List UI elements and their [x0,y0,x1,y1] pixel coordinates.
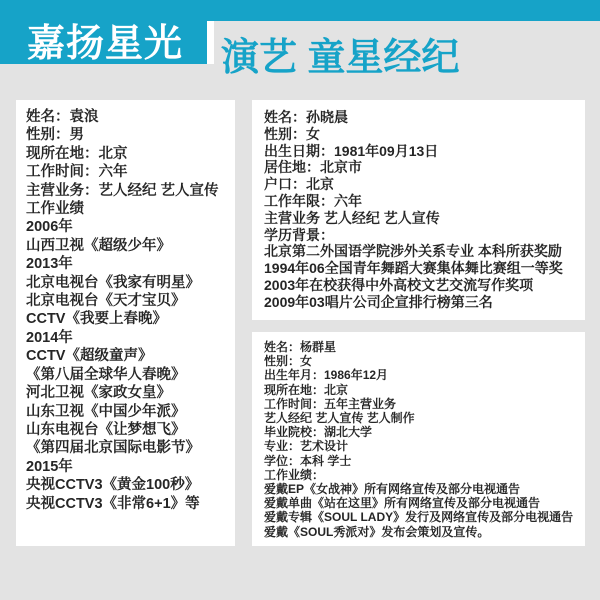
profile-line: 毕业院校：湖北大学 [264,425,573,439]
profile-line: 姓名：杨群星 [264,340,573,354]
brand-title: 嘉扬星光 [27,12,183,67]
profile-line: 1994年06全国青年舞蹈大赛集体舞比赛组一等奖 [264,260,573,277]
profile-line: 居住地：北京市 [264,159,573,176]
profile-line: 2014年 [26,329,225,347]
profile-line: 工作业绩： [264,468,573,482]
profile-line: 专业：艺术设计 [264,439,573,453]
profile-line: 爱戴《SOUL秀派对》发布会策划及宣传。 [264,525,573,539]
profile-line: 爱戴专辑《SOUL LADY》发行及网络宣传及部分电视通告 [264,510,573,524]
profile-card-yangqunxing: 姓名：杨群星性别：女出生年月：1986年12月现所在地：北京工作时间：五年主营业… [252,332,585,546]
profile-line: 艺人经纪 艺人宣传 艺人制作 [264,411,573,425]
profile-line: 学位：本科 学士 [264,454,573,468]
profile-line: 性别：男 [26,126,225,144]
profile-line: 户口：北京 [264,176,573,193]
profile-line: 工作年限：六年 [264,193,573,210]
profile-line: 现所在地：北京 [26,145,225,163]
profile-line: 主营业务：艺人经纪 艺人宣传 [26,182,225,200]
profile-line: 学历背景： [264,227,573,244]
profile-line: 《第八届全球华人春晚》 [26,366,225,384]
profile-card-sunxiaochen: 姓名：孙晓晨性别：女出生日期：1981年09月13日居住地：北京市户口：北京工作… [252,100,585,320]
profile-line: 现所在地：北京 [264,383,573,397]
profile-line: 河北卫视《家政女皇》 [26,384,225,402]
profile-line: 爱戴EP《女战神》所有网络宣传及部分电视通告 [264,482,573,496]
profile-line: 主营业务 艺人经纪 艺人宣传 [264,210,573,227]
profile-line: 北京电视台《天才宝贝》 [26,292,225,310]
profile-line: 姓名：袁浪 [26,108,225,126]
profile-line: 出生日期：1981年09月13日 [264,143,573,160]
profile-line: 北京第二外国语学院涉外关系专业 本科所获奖励 [264,243,573,260]
profile-card-yuanlang: 姓名：袁浪性别：男现所在地：北京工作时间：六年主营业务：艺人经纪 艺人宣传工作业… [16,100,235,546]
profile-line: 工作业绩 [26,200,225,218]
profile-line: CCTV《我要上春晚》 [26,310,225,328]
profile-line: 《第四届北京国际电影节》 [26,439,225,457]
profile-line: 工作时间：六年 [26,163,225,181]
profile-line: 山东电视台《让梦想飞》 [26,421,225,439]
profile-line: 北京电视台《我家有明星》 [26,274,225,292]
profile-line: 2009年03唱片公司企宣排行榜第三名 [264,294,573,311]
brand-divider [207,21,214,64]
profile-line: CCTV《超级童声》 [26,347,225,365]
profile-line: 2015年 [26,458,225,476]
profile-line: 山西卫视《超级少年》 [26,237,225,255]
profile-line: 工作时间：五年主营业务 [264,397,573,411]
profile-line: 2003年在校获得中外高校文艺交流写作奖项 [264,277,573,294]
profile-line: 央视CCTV3《黄金100秒》 [26,476,225,494]
profile-line: 2006年 [26,218,225,236]
profile-line: 性别：女 [264,126,573,143]
profile-line: 性别：女 [264,354,573,368]
profile-line: 姓名：孙晓晨 [264,109,573,126]
profile-line: 央视CCTV3《非常6+1》等 [26,495,225,513]
profile-line: 爱戴单曲《站在这里》所有网络宣传及部分电视通告 [264,496,573,510]
page-subtitle: 演艺 童星经纪 [221,26,460,81]
profile-line: 出生年月：1986年12月 [264,368,573,382]
profile-line: 2013年 [26,255,225,273]
profile-line: 山东卫视《中国少年派》 [26,403,225,421]
